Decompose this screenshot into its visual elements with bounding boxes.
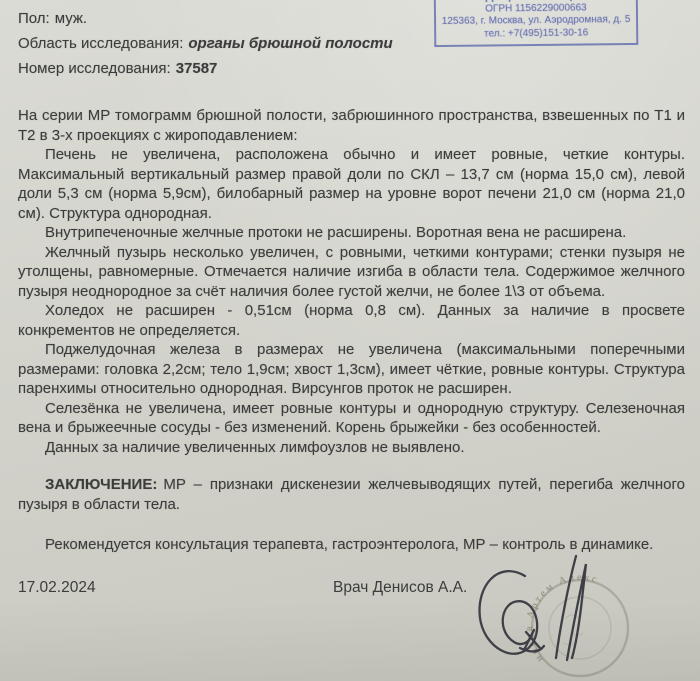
clinic-stamp-address: 125363, г. Москва, ул. Аэродромная, д. 5	[441, 14, 631, 28]
signature-icon	[480, 556, 586, 660]
clinic-rect-stamp: МЕДИЦИНСКИЙ ЦЕНТР ОГРН 1156229000663 125…	[434, 0, 639, 47]
paragraph-lymph-nodes: Данных за наличие увеличенных лимфоузлов…	[18, 438, 685, 458]
field-sex-value: муж.	[55, 10, 87, 27]
clinic-stamp-phone: тел.: +7(495)151-30-16	[441, 27, 631, 41]
paragraph-spleen: Селезёнка не увеличена, имеет ровные кон…	[18, 399, 685, 438]
conclusion-label: ЗАКЛЮЧЕНИЕ:	[45, 476, 157, 493]
report-body: На серии МР томограмм брюшной полости, з…	[18, 106, 685, 555]
paragraph-intro: На серии МР томограмм брюшной полости, з…	[18, 106, 685, 145]
field-study-number: Номер исследования:37587	[18, 56, 685, 81]
paragraph-gallbladder: Желчный пузырь несколько увеличен, с ров…	[18, 243, 685, 302]
field-sex-label: Пол:	[18, 10, 50, 27]
signature-and-round-stamp: нисов Артем Алекс	[468, 548, 700, 681]
paragraph-liver: Печень не увеличена, расположена обычно …	[18, 145, 685, 223]
report-content: Пол:муж. Область исследования:органы брю…	[18, 6, 685, 555]
doctor-name: Врач Денисов А.А.	[333, 579, 467, 597]
field-study-number-value: 37587	[176, 60, 218, 77]
scanned-mri-report: Пол:муж. Область исследования:органы брю…	[0, 0, 700, 681]
paragraph-bile-ducts: Внутрипеченочные желчные протоки не расш…	[18, 223, 685, 243]
conclusion-paragraph: ЗАКЛЮЧЕНИЕ:МР – признаки дискенезии желч…	[18, 475, 685, 514]
report-footer: 17.02.2024 Врач Денисов А.А.	[18, 579, 478, 597]
paragraph-choledoch: Холедох не расширен - 0,51см (норма 0,8 …	[18, 301, 685, 340]
field-study-number-label: Номер исследования:	[18, 60, 171, 77]
report-date: 17.02.2024	[18, 579, 96, 596]
paragraph-pancreas: Поджелудочная железа в размерах не увели…	[18, 340, 685, 399]
field-study-area-label: Область исследования:	[18, 35, 183, 52]
field-study-area-value: органы брюшной полости	[188, 35, 392, 52]
